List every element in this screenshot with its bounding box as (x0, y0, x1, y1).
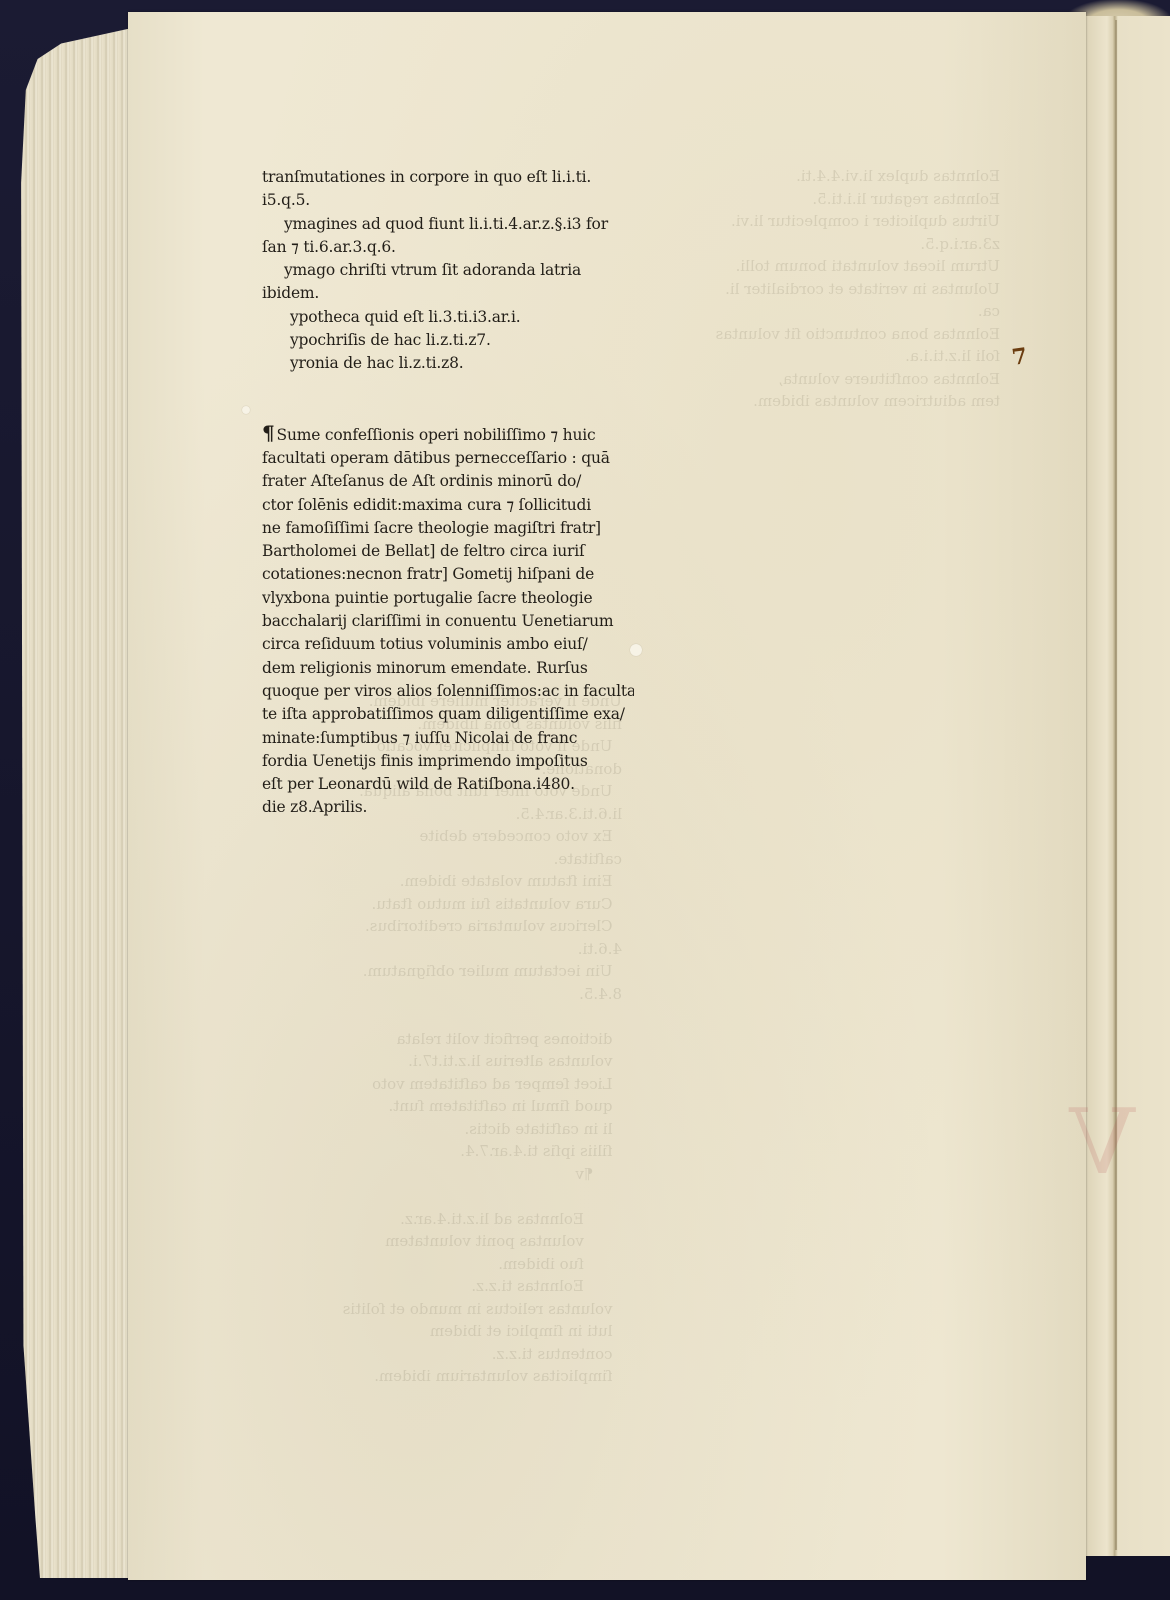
printed-text-column: tranſmutationes in corpore in quo eſt li… (262, 166, 634, 820)
index-entry: ymagines ad quod fiunt li.i.ti.4.ar.z.§.… (262, 213, 634, 236)
colophon-line: facultati operam dātibus pernecceſſario … (262, 447, 634, 470)
index-entry: tranſmutationes in corpore in quo eſt li… (262, 166, 634, 189)
colophon-line: bacchalarij clariſſimi in conuentu Uenet… (262, 610, 634, 633)
colophon-line: minate:ſumptibus ⁊ iuſſu Nicolai de fran… (262, 727, 634, 750)
index-entry: ypotheca quid eſt li.3.ti.i3.ar.i. (262, 306, 634, 329)
colophon-line: te iſta approbatiſſimos quam diligentiſſ… (262, 703, 634, 726)
colophon-line: eſt per Leonardū wild de Ratiſbona.i480. (262, 773, 634, 796)
colophon-line: frater Aſteſanus de Aſt ordinis minorū d… (262, 470, 634, 493)
colophon-line: cotationes:necnon fratr] Gometij hiſpani… (262, 563, 634, 586)
gutter-fold-line (1115, 20, 1117, 1550)
index-entry: yronia de hac li.z.ti.z8. (262, 352, 634, 375)
index-entry: ymago chriſti vtrum ſit adoranda latria (262, 259, 634, 282)
binding-gutter (1086, 16, 1170, 1556)
show-through-text-right: Eolnntas duplex li.vi.4.4.ti. Eolnntas r… (640, 165, 1000, 413)
spacer (262, 376, 634, 399)
index-entry: ibidem. (262, 282, 634, 305)
colophon-line: circa reſiduum totius voluminis ambo eiu… (262, 633, 634, 656)
page-edge-stack (14, 28, 132, 1578)
colophon-line: quoque per viros alios ſolenniſſimos:ac … (262, 680, 634, 703)
pinhole (242, 406, 250, 414)
spacer (262, 399, 634, 422)
colophon-line: ctor ſolēnis edidit:maxima cura ⁊ ſollic… (262, 494, 634, 517)
colophon-text: Sume confeſſionis operi nobiliſſimo ⁊ hu… (277, 426, 596, 444)
colophon-line: ¶Sume confeſſionis operi nobiliſſimo ⁊ h… (262, 422, 634, 447)
colophon-line: Bartholomei de Bellat] de feltro circa i… (262, 540, 634, 563)
colophon-line: dem religionis minorum emendate. Rurſus (262, 657, 634, 680)
colophon-line: fordia Uenetijs finis imprimendo impoſit… (262, 750, 634, 773)
colophon-line: ne famoſiſſimi ſacre theologie magiſtri … (262, 517, 634, 540)
index-entry: ypochriſis de hac li.z.ti.z7. (262, 329, 634, 352)
index-entry: ſan ⁊ ti.6.ar.3.q.6. (262, 236, 634, 259)
paragraph-mark-icon: ¶ (262, 422, 275, 445)
colophon-line: die z8.Aprilis. (262, 796, 634, 819)
colophon-line: vlyxbona puintie portugalie ſacre theolo… (262, 587, 634, 610)
index-entry: i5.q.5. (262, 189, 634, 212)
red-initial-show-through: V (1070, 1090, 1135, 1195)
